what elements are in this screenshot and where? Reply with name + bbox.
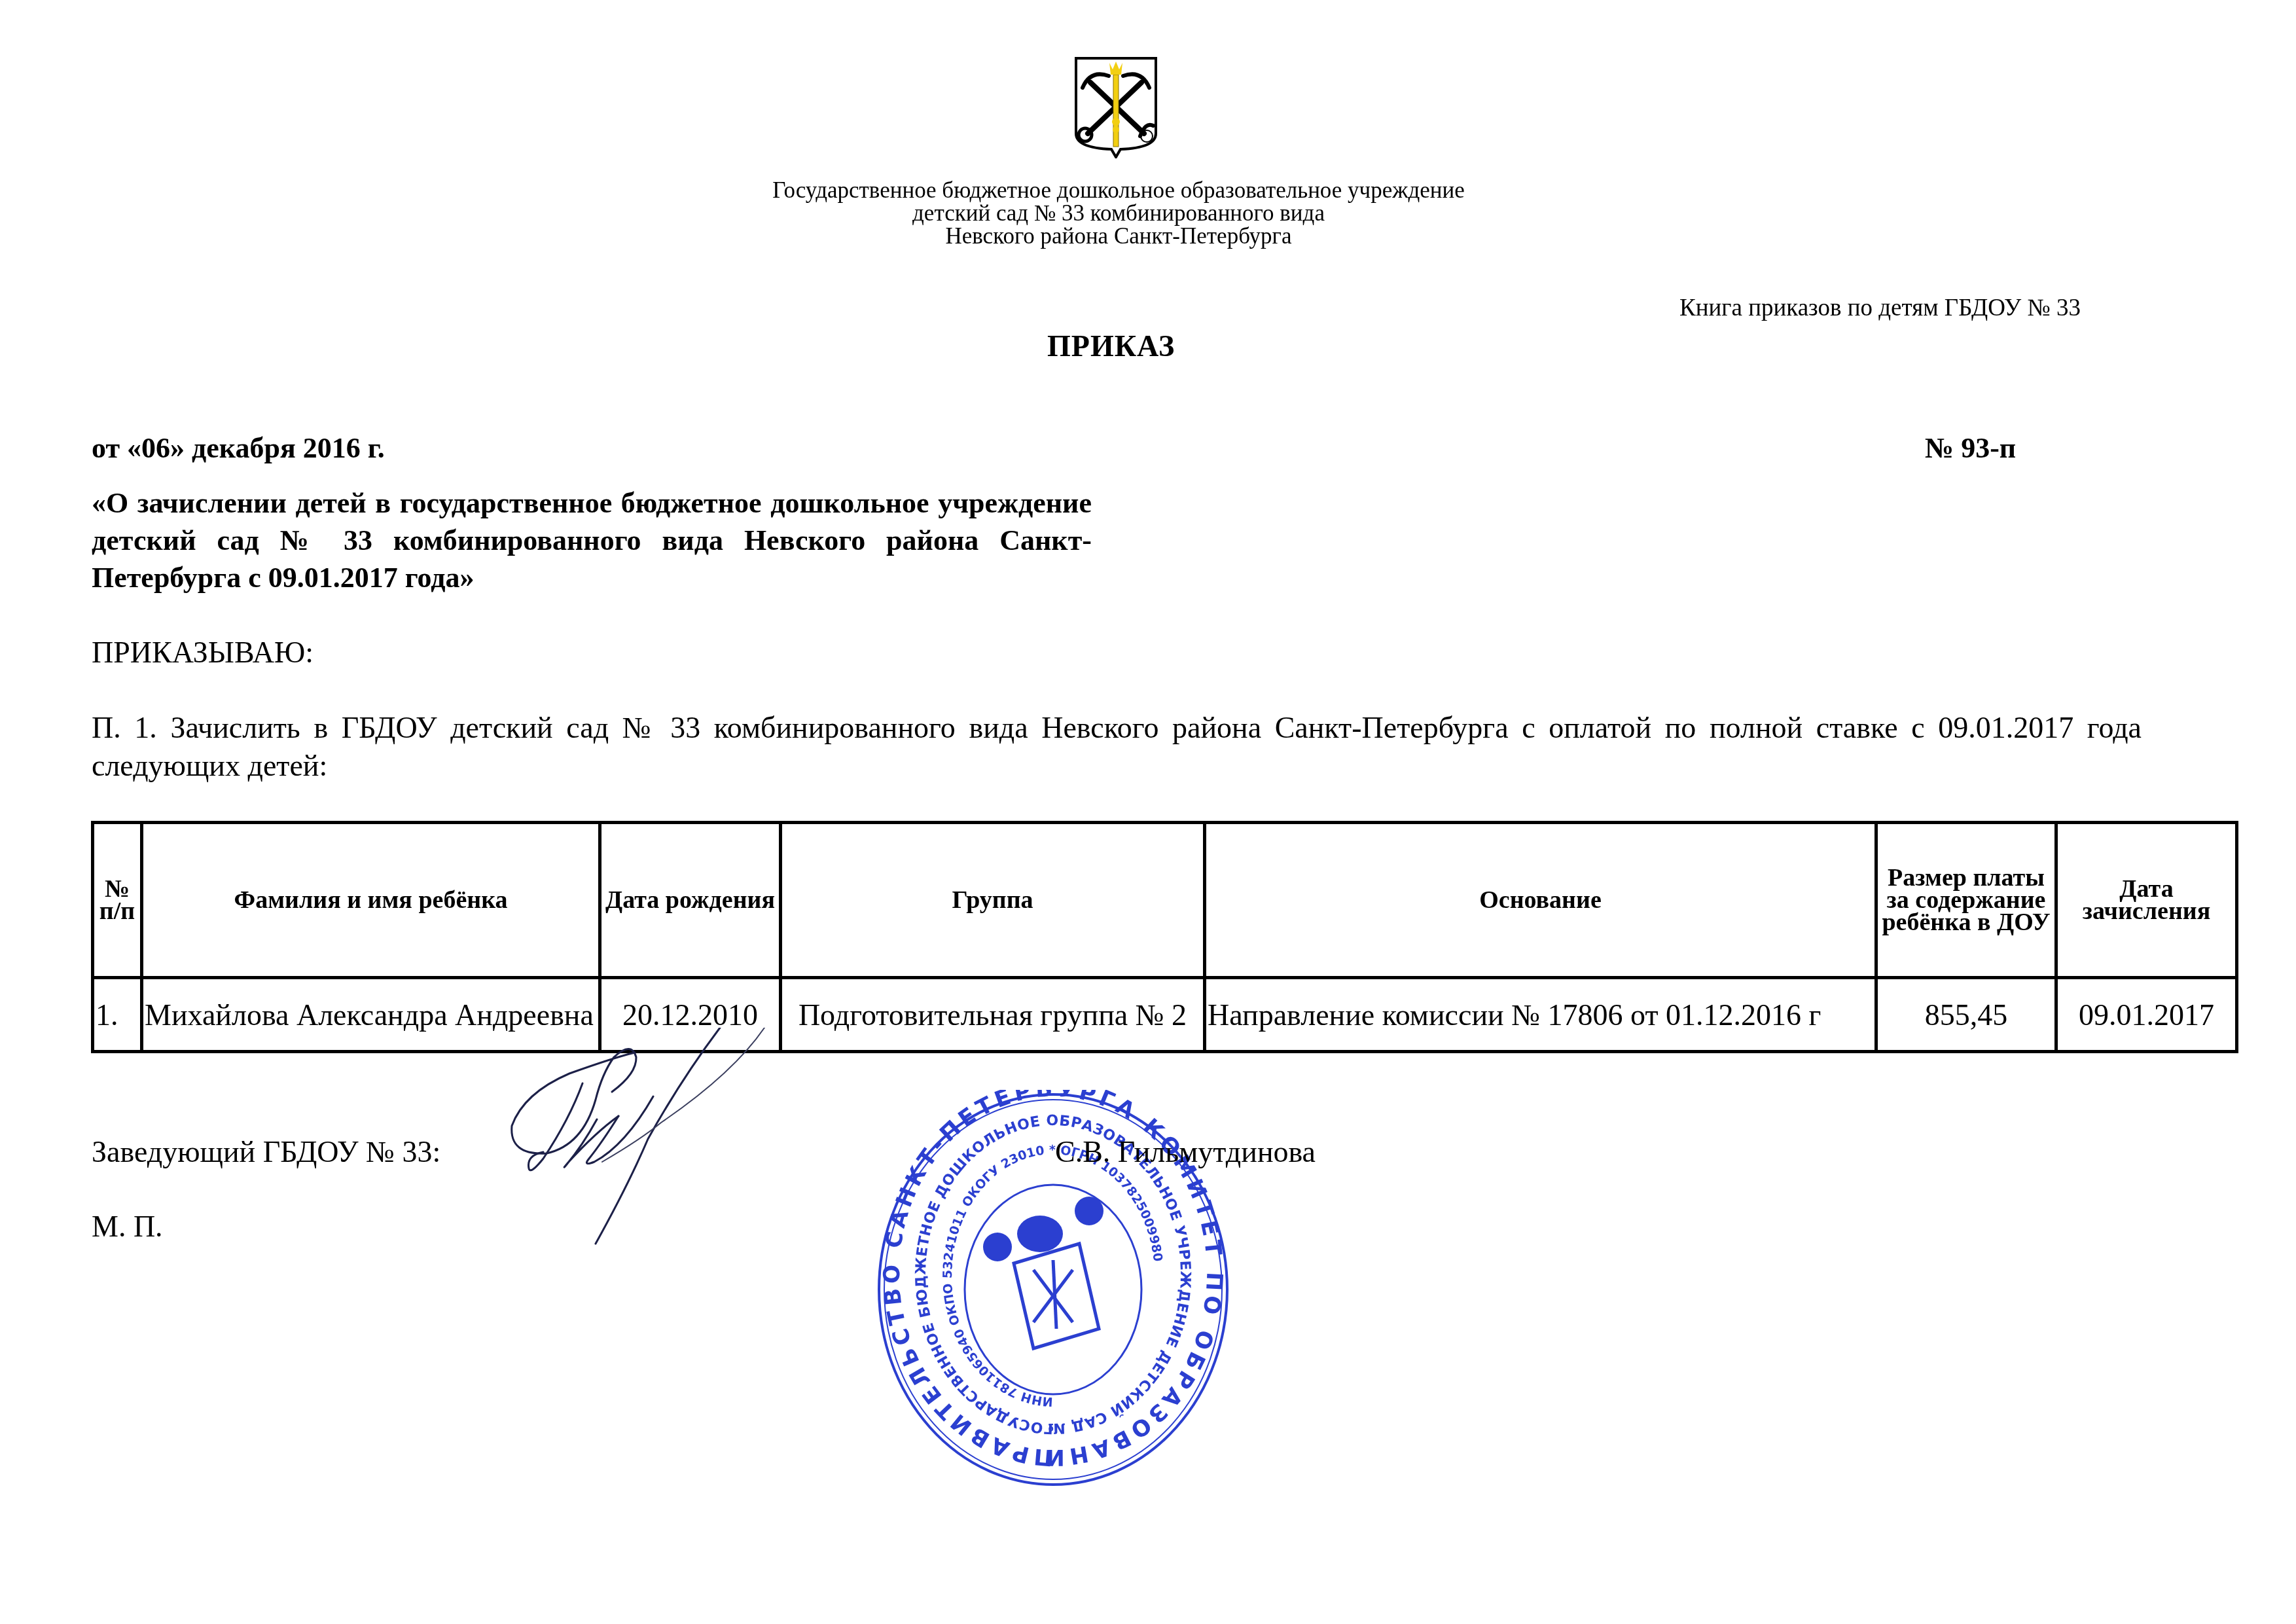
document-title: ПРИКАЗ: [1047, 329, 1175, 363]
col-header-number: № п/п: [93, 823, 142, 978]
signatory-name: С.В. Гильмутдинова: [1055, 1134, 1316, 1169]
org-name-line-2: детский сад № 33 комбинированного вида: [0, 202, 2237, 225]
order-number: № 93-п: [1925, 431, 2016, 465]
col-header-basis: Основание: [1205, 823, 1876, 978]
table-row: 1. Михайлова Александра Андреевна 20.12.…: [93, 978, 2237, 1052]
org-name-line-3: Невского района Санкт-Петербурга: [0, 225, 2237, 247]
signatory-role: Заведующий ГБДОУ № 33:: [92, 1134, 440, 1169]
col-header-fee: Размер платы за содержание ребёнка в ДОУ: [1876, 823, 2056, 978]
enrollment-table: № п/п Фамилия и имя ребёнка Дата рождени…: [91, 821, 2238, 1053]
col-header-group: Группа: [781, 823, 1205, 978]
seal-place-label: М. П.: [92, 1209, 163, 1244]
decree-heading: ПРИКАЗЫВАЮ:: [92, 635, 314, 670]
org-name-line-1: Государственное бюджетное дошкольное обр…: [0, 179, 2237, 202]
order-subject: «О зачислении детей в государственное бю…: [92, 484, 1092, 596]
cell-group: Подготовительная группа № 2: [781, 978, 1205, 1052]
table-header-row: № п/п Фамилия и имя ребёнка Дата рождени…: [93, 823, 2237, 978]
col-header-enroll-date: Дата зачисления: [2056, 823, 2237, 978]
col-header-birth-date: Дата рождения: [600, 823, 781, 978]
cell-basis: Направление комиссии № 17806 от 01.12.20…: [1205, 978, 1876, 1052]
cell-fee: 855,45: [1876, 978, 2056, 1052]
paragraph-1: П. 1. Зачислить в ГБДОУ детский сад № 33…: [92, 709, 2142, 785]
cell-enroll-date: 09.01.2017: [2056, 978, 2237, 1052]
cell-number: 1.: [93, 978, 142, 1052]
signature-icon: [484, 1028, 798, 1263]
order-date: от «06» декабря 2016 г.: [92, 431, 385, 465]
col-header-child-name: Фамилия и имя ребёнка: [142, 823, 600, 978]
order-book-label: Книга приказов по детям ГБДОУ № 33: [1679, 294, 2081, 322]
coat-of-arms-icon: [1073, 56, 1158, 158]
